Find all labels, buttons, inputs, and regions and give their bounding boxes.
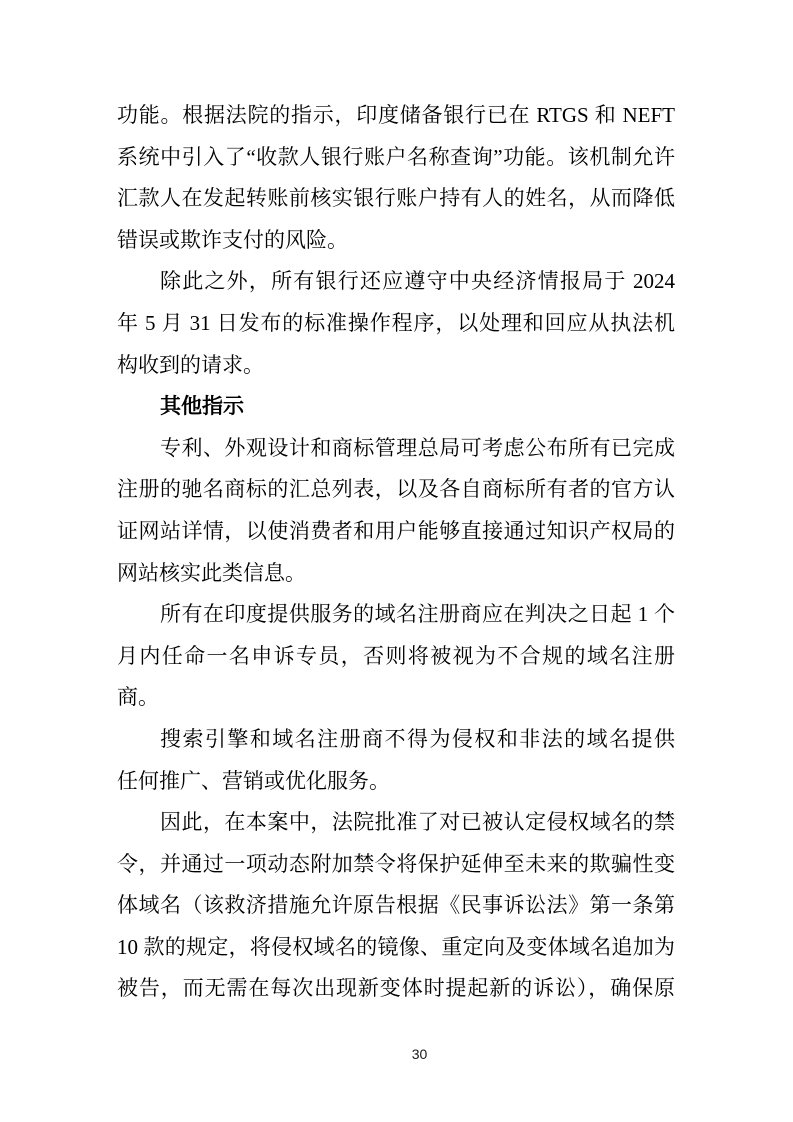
text-line: 所有在印度提供服务的域名注册商应在判决之日起 1 个 xyxy=(117,594,675,636)
text-line: 商。 xyxy=(117,677,675,719)
text-line: 功能。根据法院的指示，印度储备银行已在 RTGS 和 NEFT xyxy=(117,95,675,137)
text-line: 证网站详情，以使消费者和用户能够直接通过知识产权局的 xyxy=(117,511,675,553)
paragraph: 专利、外观设计和商标管理总局可考虑公布所有已完成 注册的驰名商标的汇总列表，以及… xyxy=(117,428,675,594)
section-heading-text: 其他指示 xyxy=(117,386,675,428)
text-line: 汇款人在发起转账前核实银行账户持有人的姓名，从而降低 xyxy=(117,178,675,220)
text-line: 注册的驰名商标的汇总列表，以及各自商标所有者的官方认 xyxy=(117,469,675,511)
text-line: 系统中引入了“收款人银行账户名称查询”功能。该机制允许 xyxy=(117,137,675,179)
text-line: 专利、外观设计和商标管理总局可考虑公布所有已完成 xyxy=(117,428,675,470)
text-line: 因此，在本案中，法院批准了对已被认定侵权域名的禁 xyxy=(117,802,675,844)
paragraph: 因此，在本案中，法院批准了对已被认定侵权域名的禁 令，并通过一项动态附加禁令将保… xyxy=(117,802,675,1010)
text-line: 网站核实此类信息。 xyxy=(117,553,675,595)
paragraph: 搜索引擎和域名注册商不得为侵权和非法的域名提供 任何推广、营销或优化服务。 xyxy=(117,719,675,802)
page-number: 30 xyxy=(23,1046,793,1062)
text-line: 被告，而无需在每次出现新变体时提起新的诉讼），确保原 xyxy=(117,968,675,1010)
text-line: 10 款的规定，将侵权域名的镜像、重定向及变体域名追加为 xyxy=(117,927,675,969)
text-line: 搜索引擎和域名注册商不得为侵权和非法的域名提供 xyxy=(117,719,675,761)
text-line: 除此之外，所有银行还应遵守中央经济情报局于 2024 xyxy=(117,261,675,303)
text-line: 年 5 月 31 日发布的标准操作程序，以处理和回应从执法机 xyxy=(117,303,675,345)
section-heading: 其他指示 xyxy=(117,386,675,428)
document-body: 功能。根据法院的指示，印度储备银行已在 RTGS 和 NEFT 系统中引入了“收… xyxy=(117,95,675,1010)
text-line: 构收到的请求。 xyxy=(117,345,675,387)
paragraph: 除此之外，所有银行还应遵守中央经济情报局于 2024 年 5 月 31 日发布的… xyxy=(117,261,675,386)
paragraph: 功能。根据法院的指示，印度储备银行已在 RTGS 和 NEFT 系统中引入了“收… xyxy=(117,95,675,261)
text-line: 令，并通过一项动态附加禁令将保护延伸至未来的欺骗性变 xyxy=(117,844,675,886)
document-page: 功能。根据法院的指示，印度储备银行已在 RTGS 和 NEFT 系统中引入了“收… xyxy=(0,0,793,1122)
text-line: 错误或欺诈支付的风险。 xyxy=(117,220,675,262)
text-line: 体域名（该救济措施允许原告根据《民事诉讼法》第一条第 xyxy=(117,885,675,927)
text-line: 月内任命一名申诉专员，否则将被视为不合规的域名注册 xyxy=(117,636,675,678)
text-line: 任何推广、营销或优化服务。 xyxy=(117,761,675,803)
paragraph: 所有在印度提供服务的域名注册商应在判决之日起 1 个 月内任命一名申诉专员，否则… xyxy=(117,594,675,719)
